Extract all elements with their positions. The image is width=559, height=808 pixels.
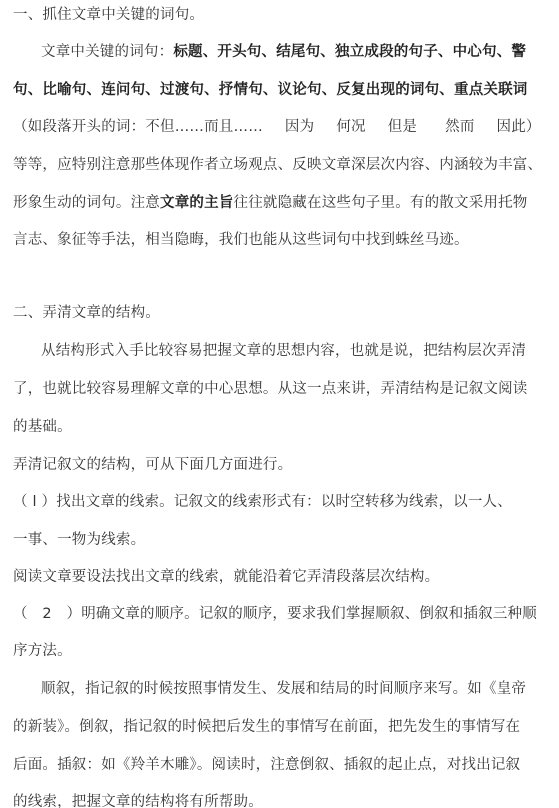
- section-1-paragraph-line-6: 言志、象征等手法，相当隐晦，我们也能从这些词句中找到蛛丝马迹。: [13, 230, 469, 250]
- section-1-paragraph-line-1: 文章中关键的词句：标题、开头句、结尾句、独立成段的句子、中心句、警: [41, 42, 526, 62]
- conjunction-word: 因为: [285, 119, 314, 135]
- conjunction-word: 然而: [445, 119, 474, 135]
- section-1-paragraph-line-3: （如段落开头的词：不但……而且……因为何况但是然而因此）: [13, 117, 541, 137]
- text: 形象生动的词句。注意: [13, 195, 160, 211]
- section-1-paragraph-line-2: 句、比喻句、连问句、过渡句、抒情句、议论句、反复出现的词句、重点关联词: [13, 80, 528, 100]
- section-2-paragraph-4-line-2: 的新装》。倒叙，指记叙的时候把后发生的事情写在前面，把先发生的事情写在: [13, 717, 520, 737]
- text: 往往就隐藏在这些句子里。有的散文采用托物: [234, 195, 528, 211]
- section-2-paragraph-3: 阅读文章要设法找出文章的线索，就能沿着它弄清段落层次结构。: [13, 567, 439, 587]
- item-1-line-2: 一事、一物为线索。: [13, 530, 145, 550]
- key-sentence-types: 标题、开头句、结尾句、独立成段的句子、中心句、警: [173, 44, 526, 60]
- item-2-line-2: 序方法。: [13, 641, 72, 661]
- section-2-paragraph-2: 弄清记叙文的结构，可从下面几方面进行。: [13, 455, 292, 475]
- conjunction-word: 何况: [336, 119, 365, 135]
- section-1-heading: 一、抓住文章中关键的词句。: [13, 5, 204, 25]
- section-2-paragraph-4-line-4: 的线索，把握文章的结构将有所帮助。: [13, 792, 263, 808]
- conjunction-word: 但是: [388, 119, 417, 135]
- section-2-paragraph-4-line-3: 后面。插叙：如《羚羊木雕》。阅读时，注意倒叙、插叙的起止点，对找出记叙: [13, 755, 520, 775]
- section-2-paragraph-1-line-1: 从结构形式入手比较容易把握文章的思想内容，也就是说，把结构层次弄清: [41, 341, 526, 361]
- section-1-paragraph-line-5: 形象生动的词句。注意文章的主旨往往就隐藏在这些句子里。有的散文采用托物: [13, 193, 528, 213]
- section-2-paragraph-1-line-2: 了，也就比较容易理解文章的中心思想。从这一点来讲，弄清结构是记叙文阅读: [13, 379, 528, 399]
- section-1-paragraph-line-4: 等等，应特别注意那些体现作者立场观点、反映文章深层次内容、内涵较为丰富、: [13, 155, 542, 175]
- section-2-heading: 二、弄清文章的结构。: [13, 303, 160, 323]
- section-2-paragraph-1-line-3: 的基础。: [13, 417, 72, 437]
- section-2-paragraph-4-line-1: 顺叙，指记叙的时候按照事情发生、发展和结局的时间顺序来写。如《皇帝: [41, 679, 526, 699]
- intro-text: 文章中关键的词句：: [41, 44, 173, 60]
- conjunction-word: 因此）: [497, 119, 541, 135]
- item-2-line-1: （ 2 ）明确文章的顺序。记叙的顺序，要求我们掌握顺叙、倒叙和插叙三种顺: [13, 604, 537, 624]
- key-sentence-types-cont: 句、比喻句、连问句、过渡句、抒情句、议论句、反复出现的词句、重点关联词: [13, 82, 528, 98]
- article-theme-emphasis: 文章的主旨: [160, 195, 234, 211]
- conjunction-example: （如段落开头的词：不但……而且……: [13, 119, 263, 135]
- item-1-line-1: （ l ）找出文章的线索。记叙文的线索形式有：以时空转移为线索，以一人、: [13, 492, 512, 512]
